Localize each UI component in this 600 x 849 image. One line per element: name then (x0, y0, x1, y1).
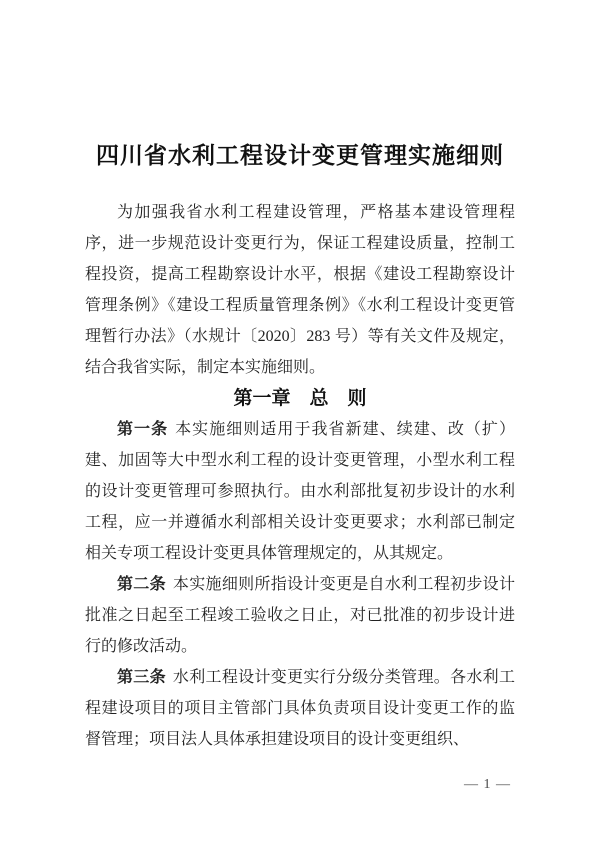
document-title: 四川省水利工程设计变更管理实施细则 (0, 137, 600, 170)
document-body: 为加强我省水利工程建设管理，严格基本建设管理程序，进一步规范设计变更行为，保证工… (85, 197, 515, 755)
article-paragraph-3: 第三条水利工程设计变更实行分级分类管理。各水利工程建设项目的项目主管部门具体负责… (85, 662, 515, 755)
article-paragraph-1: 第一条本实施细则适用于我省新建、续建、改（扩）建、加固等大中型水利工程的设计变更… (85, 414, 515, 569)
intro-paragraph: 为加强我省水利工程建设管理，严格基本建设管理程序，进一步规范设计变更行为，保证工… (85, 197, 515, 383)
article-text-1: 本实施细则适用于我省新建、续建、改（扩）建、加固等大中型水利工程的设计变更管理，… (85, 421, 515, 562)
article-term-1: 第一条 (117, 421, 168, 438)
document-page: 四川省水利工程设计变更管理实施细则 为加强我省水利工程建设管理，严格基本建设管理… (0, 0, 600, 849)
page-number: — 1 — (464, 777, 511, 793)
article-paragraph-2: 第二条本实施细则所指设计变更是自水利工程初步设计批准之日起至工程竣工验收之日止，… (85, 569, 515, 662)
article-term-2: 第二条 (117, 576, 166, 593)
chapter-heading: 第一章 总 则 (85, 383, 515, 414)
article-term-3: 第三条 (117, 669, 166, 686)
